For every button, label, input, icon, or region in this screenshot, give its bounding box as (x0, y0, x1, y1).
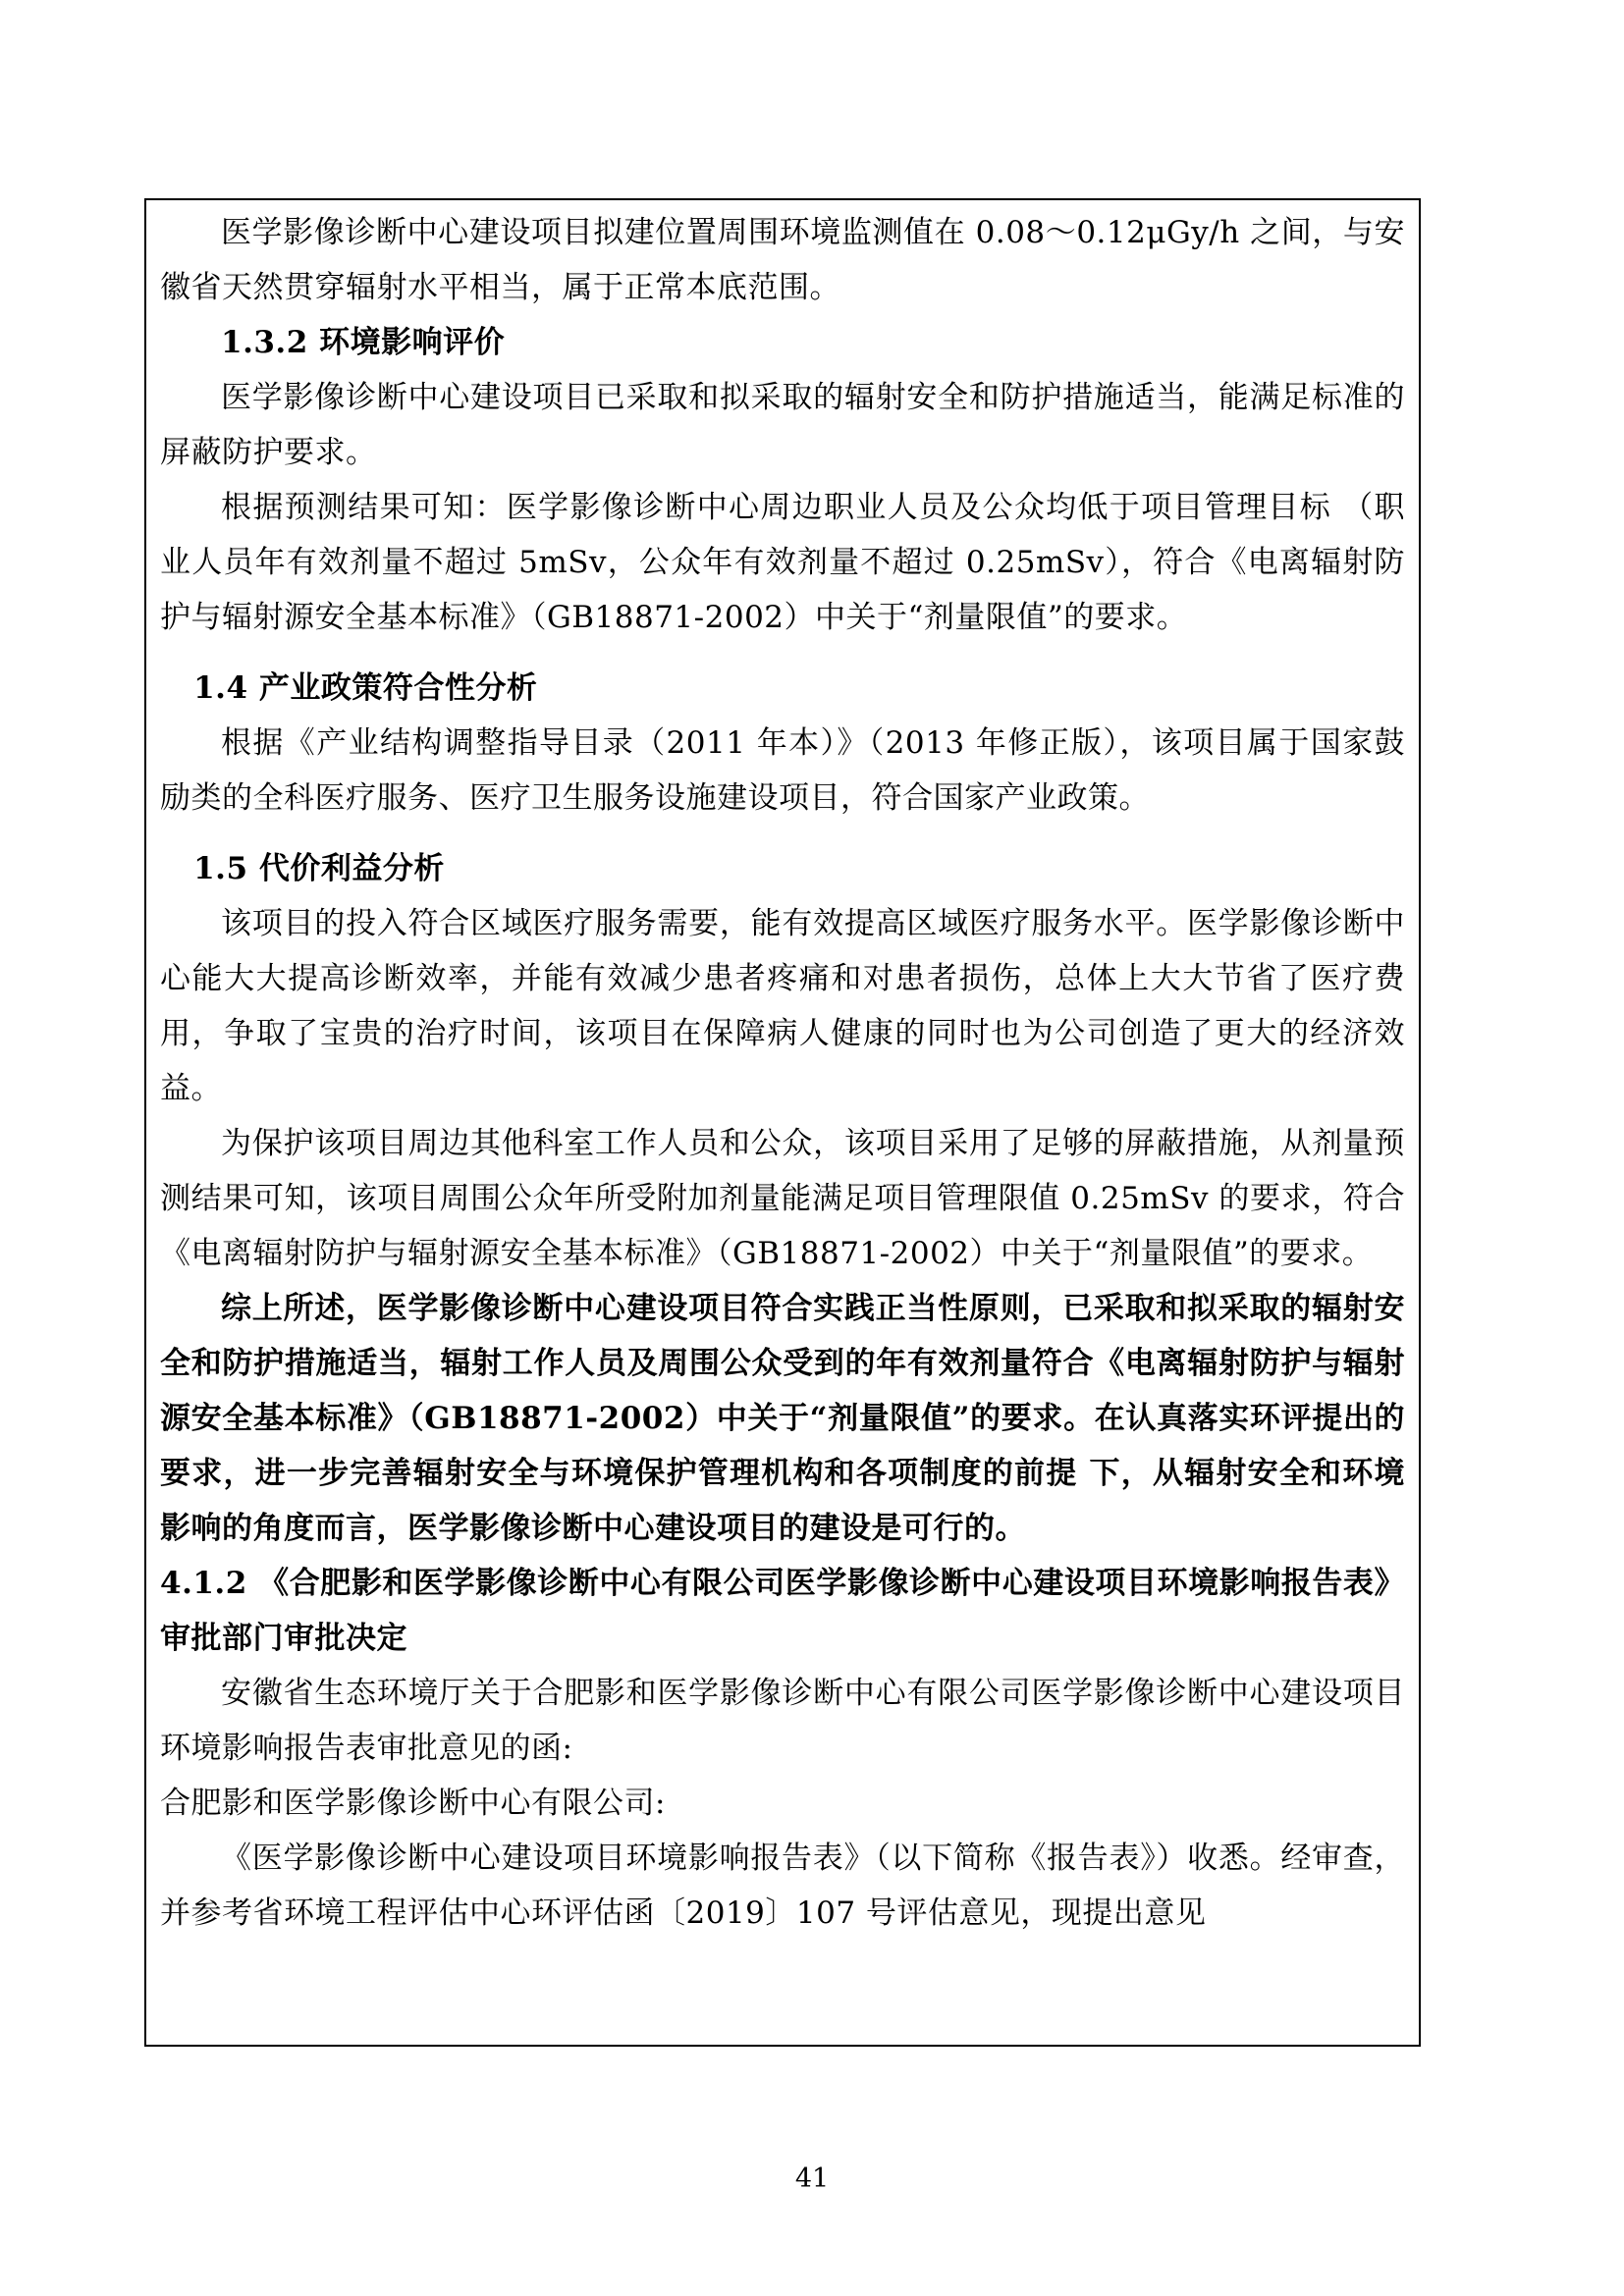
paragraph-company-salutation: 合肥影和医学影像诊断中心有限公司: (160, 1776, 1405, 1831)
paragraph-monitoring-values: 医学影像诊断中心建设项目拟建位置周围环境监测值在 0.08～0.12μGy/h … (160, 205, 1405, 315)
paragraph-report-received: 《医学影像诊断中心建设项目环境影响报告表》（以下简称《报告表》）收悉。经审查，并… (160, 1831, 1405, 1941)
paragraph-approval-letter-intro: 安徽省生态环境厅关于合肥影和医学影像诊断中心有限公司医学影像诊断中心建设项目环境… (160, 1666, 1405, 1776)
paragraph-cost-benefit: 该项目的投入符合区域医疗服务需要，能有效提高区域医疗服务水平。医学影像诊断中心能… (160, 896, 1405, 1116)
paragraph-conclusion: 综上所述，医学影像诊断中心建设项目符合实践正当性原则，已采取和拟采取的辐射安全和… (160, 1281, 1405, 1556)
document-page: 医学影像诊断中心建设项目拟建位置周围环境监测值在 0.08～0.12μGy/h … (0, 0, 1624, 2296)
page-number: 41 (0, 2160, 1624, 2199)
heading-4-1-2: 4.1.2 《合肥影和医学影像诊断中心有限公司医学影像诊断中心建设项目环境影响报… (160, 1556, 1405, 1666)
paragraph-protection-measures: 为保护该项目周边其他科室工作人员和公众，该项目采用了足够的屏蔽措施，从剂量预测结… (160, 1116, 1405, 1281)
heading-1-3-2: 1.3.2 环境影响评价 (160, 315, 1405, 370)
paragraph-shielding: 医学影像诊断中心建设项目已采取和拟采取的辐射安全和防护措施适当，能满足标准的屏蔽… (160, 370, 1405, 480)
heading-1-5: 1.5 代价利益分析 (160, 841, 1405, 896)
paragraph-prediction-results: 根据预测结果可知：医学影像诊断中心周边职业人员及公众均低于项目管理目标 （职业人… (160, 480, 1405, 645)
content-border-box: 医学影像诊断中心建设项目拟建位置周围环境监测值在 0.08～0.12μGy/h … (144, 198, 1421, 2047)
paragraph-industry-policy: 根据《产业结构调整指导目录（2011 年本）》（2013 年修正版），该项目属于… (160, 716, 1405, 826)
heading-1-4: 1.4 产业政策符合性分析 (160, 661, 1405, 716)
